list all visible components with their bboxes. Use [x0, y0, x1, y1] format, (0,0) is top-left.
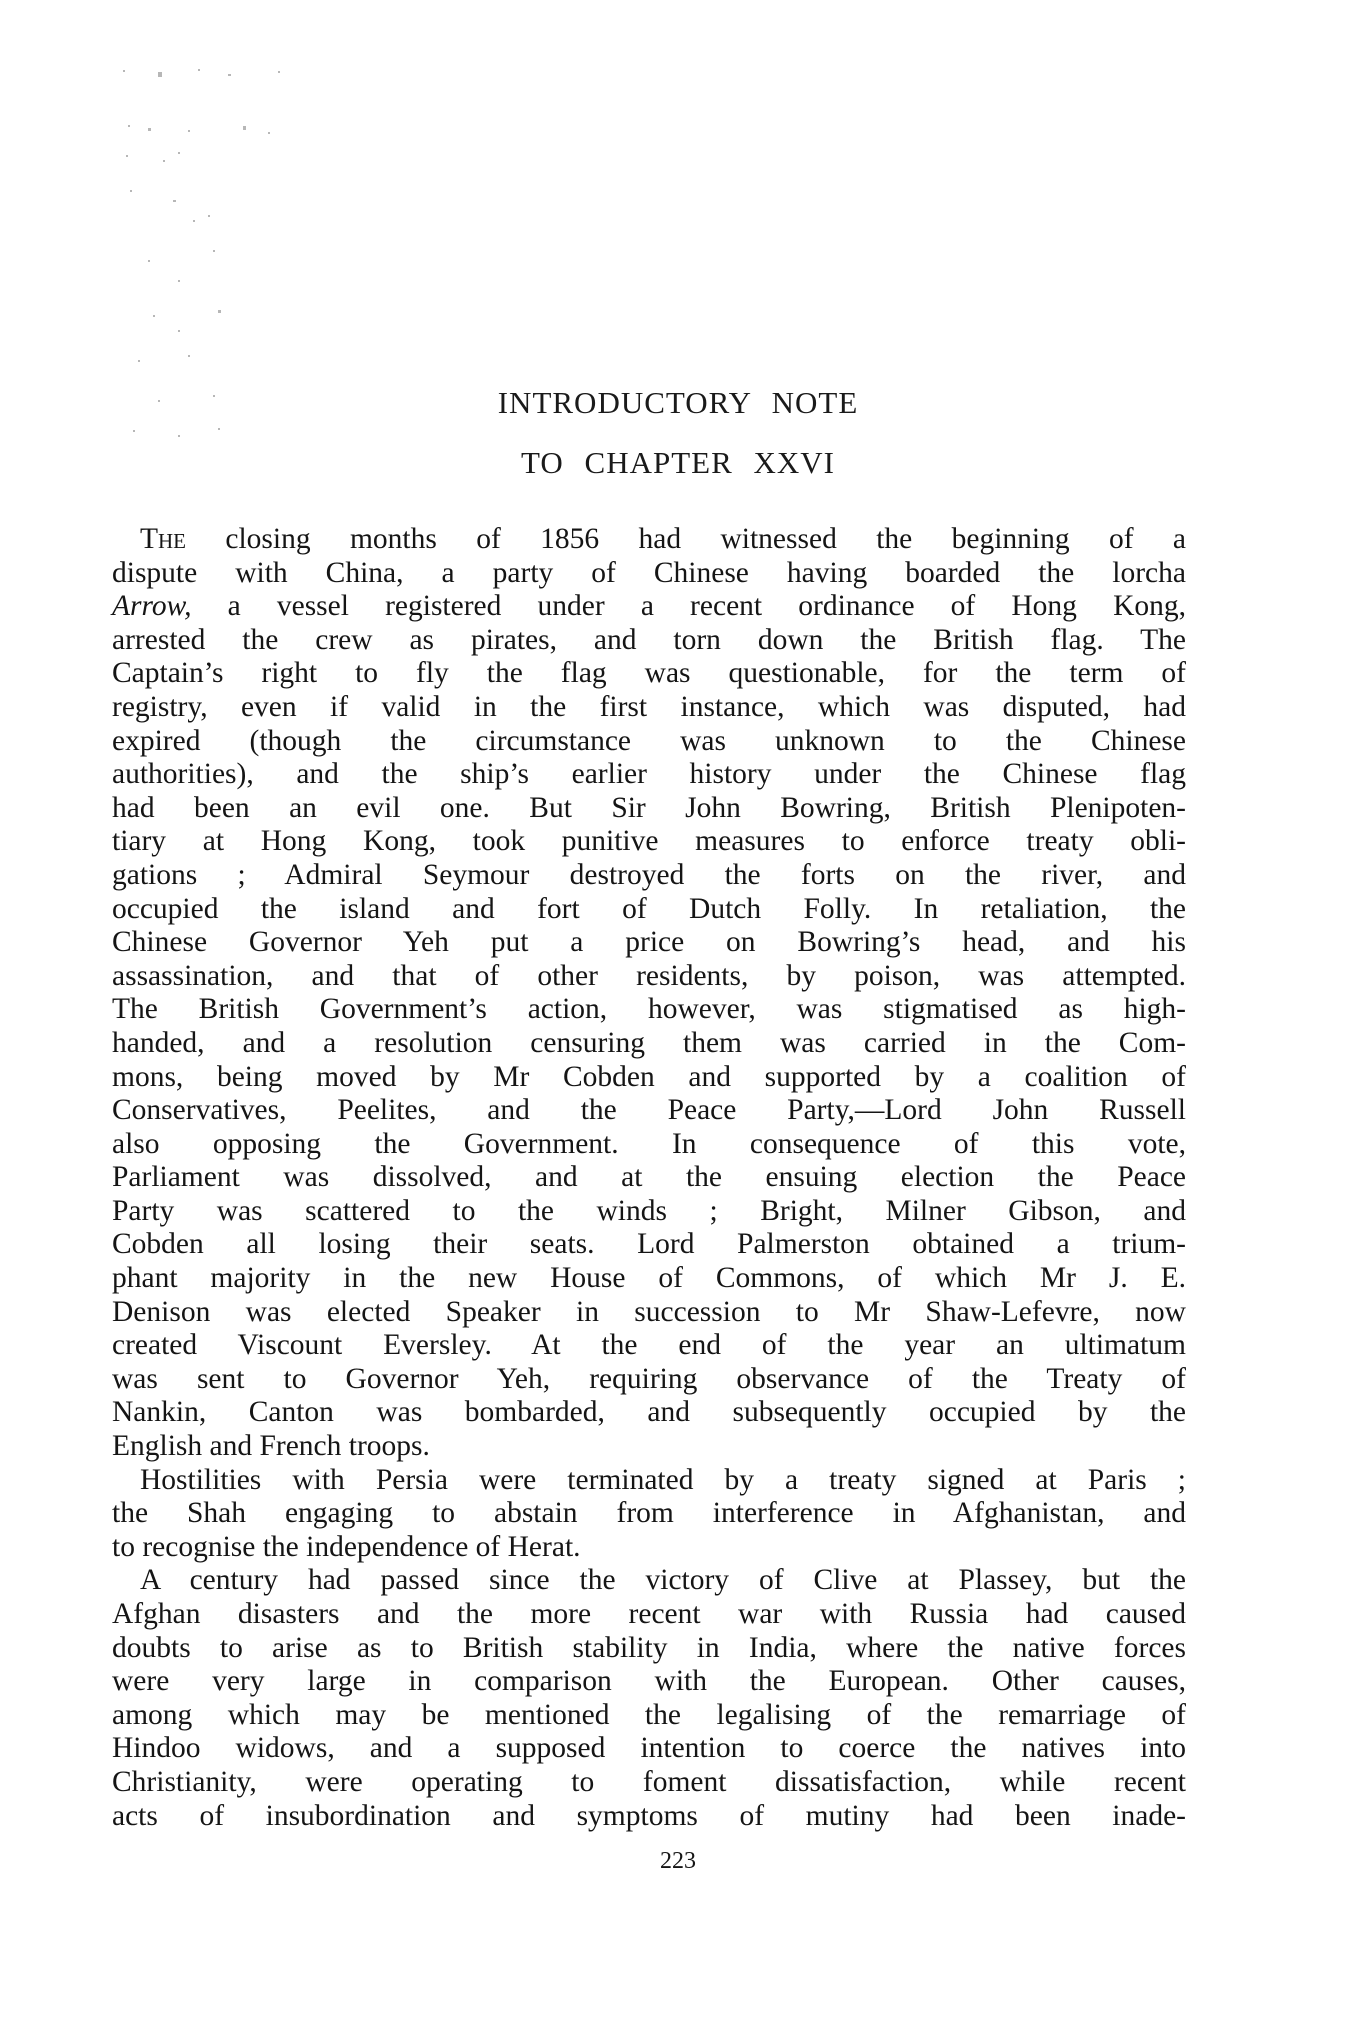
line-text: doubts to arise as to British stability … [112, 1632, 1186, 1664]
line-text: among which may be mentioned the legalis… [112, 1699, 1186, 1731]
line-text: Conservatives, Peelites, and the Peace P… [112, 1094, 1186, 1126]
text-line: registry, even if valid in the first ins… [112, 691, 1186, 725]
line-text: had been an evil one. But Sir John Bowri… [112, 792, 1186, 824]
text-line: tiary at Hong Kong, took punitive measur… [112, 825, 1186, 859]
text-line: Arrow, a vessel registered under a recen… [112, 590, 1186, 624]
line-text: registry, even if valid in the first ins… [112, 691, 1186, 723]
line-text: Parliament was dissolved, and at the ens… [112, 1161, 1186, 1193]
text-line: gations ; Admiral Seymour destroyed the … [112, 859, 1186, 893]
chapter-subtitle: TO CHAPTER XXVI [0, 445, 1356, 481]
text-line: A century had passed since the victory o… [112, 1564, 1186, 1598]
text-line: Captain’s right to fly the flag was ques… [112, 657, 1186, 691]
text-line: Conservatives, Peelites, and the Peace P… [112, 1094, 1186, 1128]
text-line: among which may be mentioned the legalis… [112, 1699, 1186, 1733]
text-line: doubts to arise as to British stability … [112, 1632, 1186, 1666]
text-line: Parliament was dissolved, and at the ens… [112, 1161, 1186, 1195]
text-line: had been an evil one. But Sir John Bowri… [112, 792, 1186, 826]
line-text: assassination, and that of other residen… [112, 960, 1186, 992]
italic-text: Arrow, [112, 590, 192, 622]
line-text: mons, being moved by Mr Cobden and suppo… [112, 1061, 1186, 1093]
text-line: Hostilities with Persia were terminated … [112, 1464, 1186, 1498]
text-line: assassination, and that of other residen… [112, 960, 1186, 994]
body-text: The closing months of 1856 had witnessed… [112, 523, 1186, 1833]
line-text: gations ; Admiral Seymour destroyed the … [112, 859, 1186, 891]
text-line: created Viscount Eversley. At the end of… [112, 1329, 1186, 1363]
text-line: handed, and a resolution censuring them … [112, 1027, 1186, 1061]
text-line: The closing months of 1856 had witnessed… [112, 523, 1186, 557]
line-text: Cobden all losing their seats. Lord Palm… [112, 1228, 1186, 1260]
text-line: expired (though the circumstance was unk… [112, 725, 1186, 759]
text-line: The British Government’s action, however… [112, 993, 1186, 1027]
text-line: Nankin, Canton was bombarded, and subseq… [112, 1396, 1186, 1430]
text-line: Hindoo widows, and a supposed intention … [112, 1732, 1186, 1766]
line-text: to recognise the independence of Herat. [112, 1531, 581, 1563]
line-text: tiary at Hong Kong, took punitive measur… [112, 825, 1186, 857]
text-line: authorities), and the ship’s earlier his… [112, 758, 1186, 792]
line-text: a vessel registered under a recent ordin… [192, 590, 1187, 622]
line-text: Afghan disasters and the more recent war… [112, 1598, 1186, 1630]
text-line: to recognise the independence of Herat. [112, 1531, 1186, 1565]
text-line: mons, being moved by Mr Cobden and suppo… [112, 1061, 1186, 1095]
text-line: also opposing the Government. In consequ… [112, 1128, 1186, 1162]
line-text: also opposing the Government. In consequ… [112, 1128, 1186, 1160]
text-line: arrested the crew as pirates, and torn d… [112, 624, 1186, 658]
line-text: was sent to Governor Yeh, requiring obse… [112, 1363, 1186, 1395]
line-text: Hostilities with Persia were terminated … [140, 1464, 1186, 1496]
text-line: was sent to Governor Yeh, requiring obse… [112, 1363, 1186, 1397]
text-line: phant majority in the new House of Commo… [112, 1262, 1186, 1296]
page-number: 223 [0, 1848, 1356, 1875]
text-line: Chinese Governor Yeh put a price on Bowr… [112, 926, 1186, 960]
line-text: Captain’s right to fly the flag was ques… [112, 657, 1186, 689]
text-line: Denison was elected Speaker in successio… [112, 1296, 1186, 1330]
line-text: Party was scattered to the winds ; Brigh… [112, 1195, 1186, 1227]
line-text: created Viscount Eversley. At the end of… [112, 1329, 1186, 1361]
line-text: Nankin, Canton was bombarded, and subseq… [112, 1396, 1186, 1428]
text-line: dispute with China, a party of Chinese h… [112, 557, 1186, 591]
text-line: were very large in comparison with the E… [112, 1665, 1186, 1699]
text-line: Cobden all losing their seats. Lord Palm… [112, 1228, 1186, 1262]
text-line: acts of insubordination and symptoms of … [112, 1800, 1186, 1834]
small-caps-lead: The [140, 523, 186, 555]
line-text: occupied the island and fort of Dutch Fo… [112, 893, 1186, 925]
line-text: acts of insubordination and symptoms of … [112, 1800, 1186, 1832]
line-text: dispute with China, a party of Chinese h… [112, 557, 1186, 589]
line-text: closing months of 1856 had witnessed the… [186, 523, 1186, 555]
line-text: authorities), and the ship’s earlier his… [112, 758, 1186, 790]
page-title: INTRODUCTORY NOTE [0, 385, 1356, 421]
text-line: Christianity, were operating to foment d… [112, 1766, 1186, 1800]
line-text: handed, and a resolution censuring them … [112, 1027, 1186, 1059]
text-line: the Shah engaging to abstain from interf… [112, 1497, 1186, 1531]
line-text: Christianity, were operating to foment d… [112, 1766, 1186, 1798]
line-text: phant majority in the new House of Commo… [112, 1262, 1186, 1294]
text-line: Party was scattered to the winds ; Brigh… [112, 1195, 1186, 1229]
line-text: Denison was elected Speaker in successio… [112, 1296, 1186, 1328]
line-text: A century had passed since the victory o… [140, 1564, 1186, 1596]
line-text: expired (though the circumstance was unk… [112, 725, 1186, 757]
text-line: Afghan disasters and the more recent war… [112, 1598, 1186, 1632]
line-text: The British Government’s action, however… [112, 993, 1186, 1025]
text-line: English and French troops. [112, 1430, 1186, 1464]
line-text: Hindoo widows, and a supposed intention … [112, 1732, 1186, 1764]
line-text: English and French troops. [112, 1430, 430, 1462]
line-text: Chinese Governor Yeh put a price on Bowr… [112, 926, 1186, 958]
line-text: were very large in comparison with the E… [112, 1665, 1186, 1697]
line-text: the Shah engaging to abstain from interf… [112, 1497, 1186, 1529]
text-line: occupied the island and fort of Dutch Fo… [112, 893, 1186, 927]
line-text: arrested the crew as pirates, and torn d… [112, 624, 1186, 656]
